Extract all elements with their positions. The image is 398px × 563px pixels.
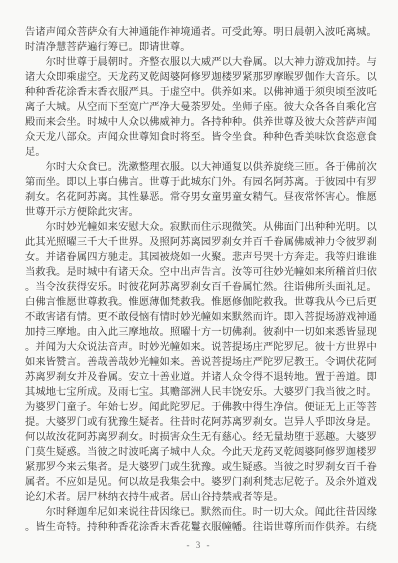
text-line: 门莫生疑惑。当彼之时波吒离子城中人众。今此天龙药叉乾闼婆阿修罗迦楼罗 [25,445,375,460]
text-line: 殿而来会坐。时城中人众以佛威神力。各持种种。供养世尊及彼大众菩萨声闻 [25,115,375,130]
text-line: 尔时释迦牟尼如来说往昔因缘已。默然而住。时一切大众。闻此往昔因缘 [25,505,375,520]
text-line: 。皆生奇特。持种种香花涂香末香花鬘衣服幢幡。往诣世尊所而作供养。右绕 [25,520,375,535]
text-line: 足。 [25,145,375,160]
text-line: 为婆罗门童子。年始七岁。闻此陀罗尼。于佛教中得生净信。便证无上正等菩 [25,400,375,415]
text-line: 诸大众即乘虚空。天龙药叉乾闼婆阿修罗迦楼罗紧那罗摩睺罗伽作大音乐。以 [25,70,375,85]
text-line: 何以故汝花阿苏离罗刹女。时损害众生无有慈心。经无量劫堕于恶趣。大婆罗 [25,430,375,445]
scanned-document-page: 告诸声闻众菩萨众有大神通能作神境通者。可受此筹。明日晨朝入波吒离城。时清净慧菩萨… [0,0,398,563]
text-line: 世尊开示方便除此灾害。 [25,205,375,220]
text-line: 女。并诸眷属四方驰走。其园被烧如一火聚。悲声号哭十方奔走。我等归谁谁 [25,250,375,265]
text-line: 论幻术者。居尸林纳衣持牛戒者。居山谷持禁戒者等是。 [25,490,375,505]
text-line: 当救我。是时城中有诸天众。空中出声告言。汝等可往妙光幢如来所稽首归依 [25,265,375,280]
text-line: 。当令汝获得安乐。时彼花阿苏离罗刹女百千眷属忙然。往诣佛所头面礼足。 [25,280,375,295]
text-line: 不敢害诸有情。更不敢侵恼有情时妙光幢如来默然而许。即入菩提场游戏神通 [25,310,375,325]
text-line: 苏离罗刹女并及眷属。安立十善业道。并诸人众令得不退转地。置于善道。即 [25,370,375,385]
text-line: 时清净慧菩萨遍行筹已。即请世尊。 [25,40,375,55]
text-line: 尔时妙光幢如来安慰大众。寂默而住示现微笑。从佛面门出种种光明。以 [25,220,375,235]
text-line: 属者。不应如是见。何以故是我集会中。婆罗门刹利梵志尼乾子。及余外道戏 [25,475,375,490]
text-line: 其城地七宝所成。及雨七宝。其赡部洲人民丰饶安乐。大婆罗门我当彼之时。 [25,385,375,400]
sutra-text-block: 告诸声闻众菩萨众有大神通能作神境通者。可受此筹。明日晨朝入波吒离城。时清净慧菩萨… [25,25,375,535]
text-line: 刹女。名花阿苏离。其性暴恶。常夺男女童男童女精气。昼夜常怀害心。惟愿 [25,190,375,205]
text-line: 此其光照曜三千大千世界。及照阿苏离园罗刹女并百千眷属佛威神力令彼罗刹 [25,235,375,250]
text-line: 。并闻为大众说法音声。时妙光幢如来。说菩提场庄严陀罗尼。彼十方世界中 [25,340,375,355]
text-line: 告诸声闻众菩萨众有大神通能作神境通者。可受此筹。明日晨朝入波吒离城。 [25,25,375,40]
text-line: 第而坐。即以上事白佛言。世尊于此城东门外。有园名阿苏离。于彼园中有罗 [25,175,375,190]
text-line: 种种香花涂香末香衣服严具。于虚空中。供养如来。以佛神通于须臾顷至波吒 [25,85,375,100]
text-line: 如来皆赞言。善哉善哉妙光幢如来。善说菩提场庄严陀罗尼教王。令调伏花阿 [25,355,375,370]
text-line: 白佛言惟愿世尊救我。惟愿薄伽梵救我。惟愿修伽陀救我。世尊我从今已后更 [25,295,375,310]
text-line: 紧那罗今来云集者。是大婆罗门或生犹豫。或生疑惑。当彼之时罗刹女百千眷 [25,460,375,475]
text-line: 加持三摩地。由入此三摩地故。照曜十方一切佛刹。彼刹中一切如来悉皆显现 [25,325,375,340]
text-line: 离子大城。从空而下至宽广严净大曼荼罗处。坐师子座。彼大众各各自乘化宫 [25,100,375,115]
text-line: 尔时世尊于晨朝时。齐整衣服以大威严以大眷属。以大神力游戏加持。与 [25,55,375,70]
text-line: 众天龙八部众。声闻众世尊知食时将至。皆令坐食。种种色香美味饮食恣意食 [25,130,375,145]
text-line: 提。大婆罗门或有犹豫生疑者。往昔时花阿苏离罗刹女。岂异人乎即汝身是。 [25,415,375,430]
page-number: - 3 - [0,540,398,550]
text-line: 尔时大众食已。洗漱整理衣服。以大神通复以供养旋绕三匝。各于佛前次 [25,160,375,175]
